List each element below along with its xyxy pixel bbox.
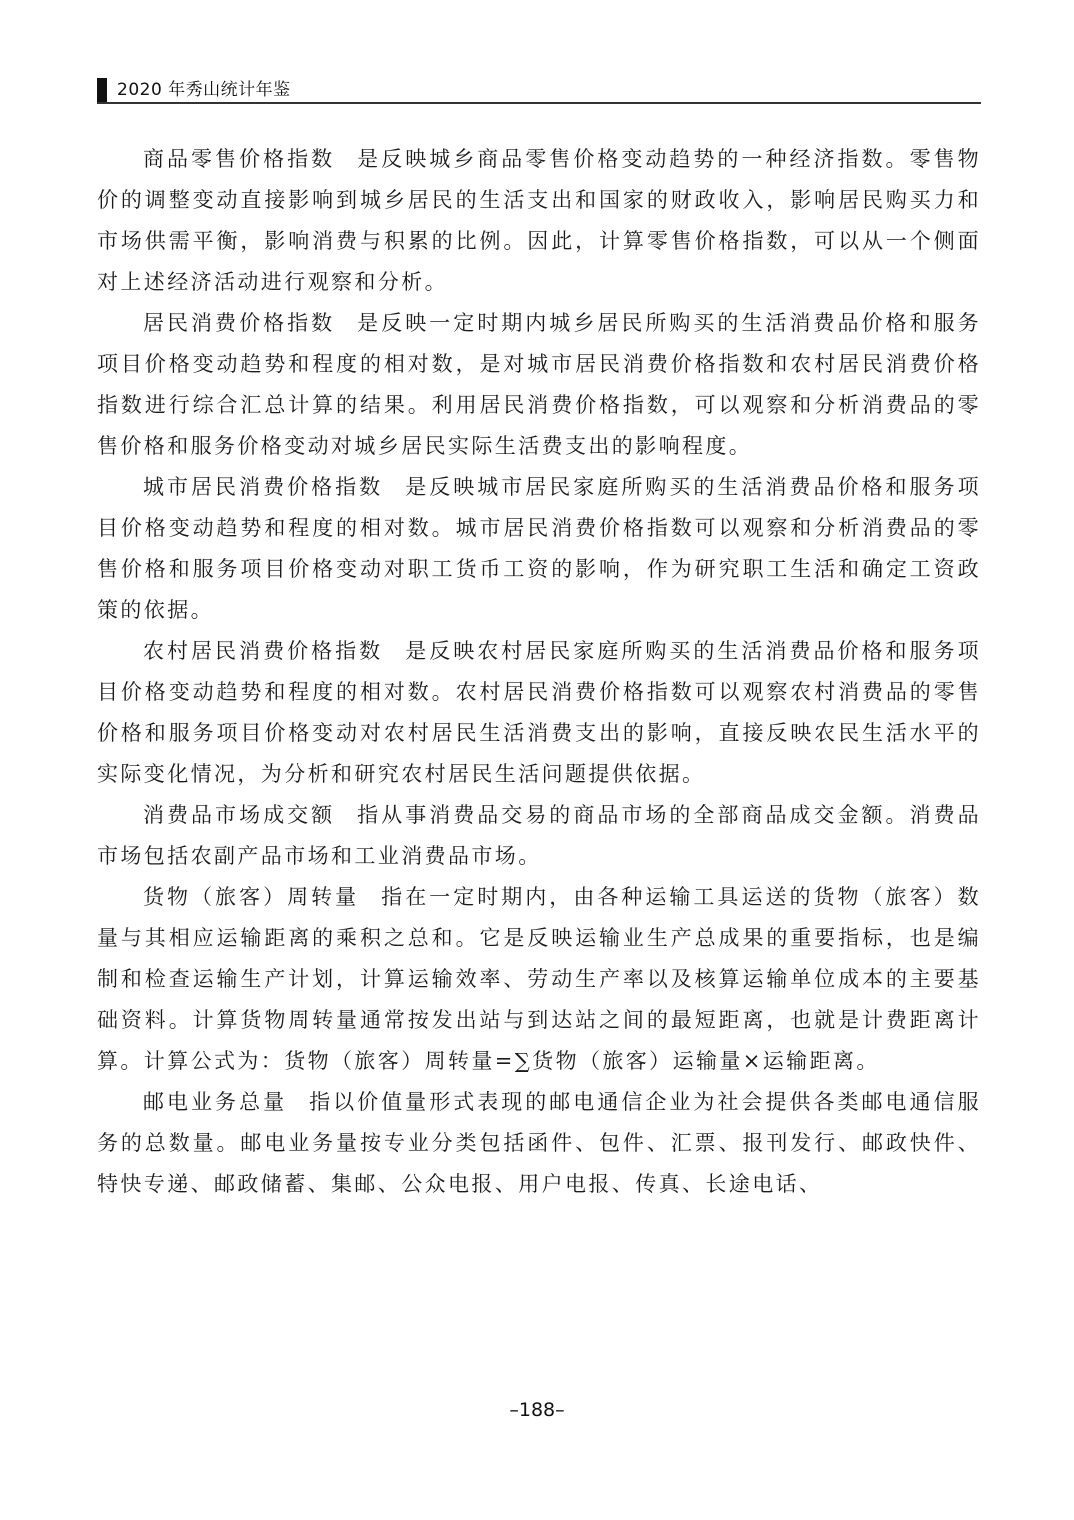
page-number: –188– [0, 1399, 1074, 1421]
term: 消费品市场成交额 [143, 803, 335, 827]
term: 邮电业务总量 [143, 1090, 287, 1114]
term: 城市居民消费价格指数 [143, 475, 383, 499]
body-text: 商品零售价格指数是反映城乡商品零售价格变动趋势的一种经济指数。零售物价的调整变动… [97, 139, 981, 1205]
header-rule [97, 102, 981, 104]
paragraph-retail-price-index: 商品零售价格指数是反映城乡商品零售价格变动趋势的一种经济指数。零售物价的调整变动… [97, 139, 981, 303]
definition: 指在一定时期内，由各种运输工具运送的货物（旅客）数量与其相应运输距离的乘积之总和… [97, 885, 981, 1073]
header-marker-block [97, 78, 107, 102]
term: 商品零售价格指数 [143, 147, 335, 171]
running-header: 2020 年秀山统计年鉴 [97, 78, 981, 104]
paragraph-postal-telecom-volume: 邮电业务总量指以价值量形式表现的邮电通信企业为社会提供各类邮电通信服务的总数量。… [97, 1082, 981, 1205]
header-title: 2020 年秀山统计年鉴 [117, 79, 291, 101]
paragraph-consumer-market-turnover: 消费品市场成交额指从事消费品交易的商品市场的全部商品成交金额。消费品市场包括农副… [97, 795, 981, 877]
term: 居民消费价格指数 [143, 311, 335, 335]
paragraph-rural-cpi: 农村居民消费价格指数是反映农村居民家庭所购买的生活消费品价格和服务项目价格变动趋… [97, 631, 981, 795]
term: 货物（旅客）周转量 [143, 885, 359, 909]
term: 农村居民消费价格指数 [143, 639, 383, 663]
paragraph-consumer-price-index: 居民消费价格指数是反映一定时期内城乡居民所购买的生活消费品价格和服务项目价格变动… [97, 303, 981, 467]
paragraph-freight-passenger-turnover: 货物（旅客）周转量指在一定时期内，由各种运输工具运送的货物（旅客）数量与其相应运… [97, 877, 981, 1082]
paragraph-urban-cpi: 城市居民消费价格指数是反映城市居民家庭所购买的生活消费品价格和服务项目价格变动趋… [97, 467, 981, 631]
